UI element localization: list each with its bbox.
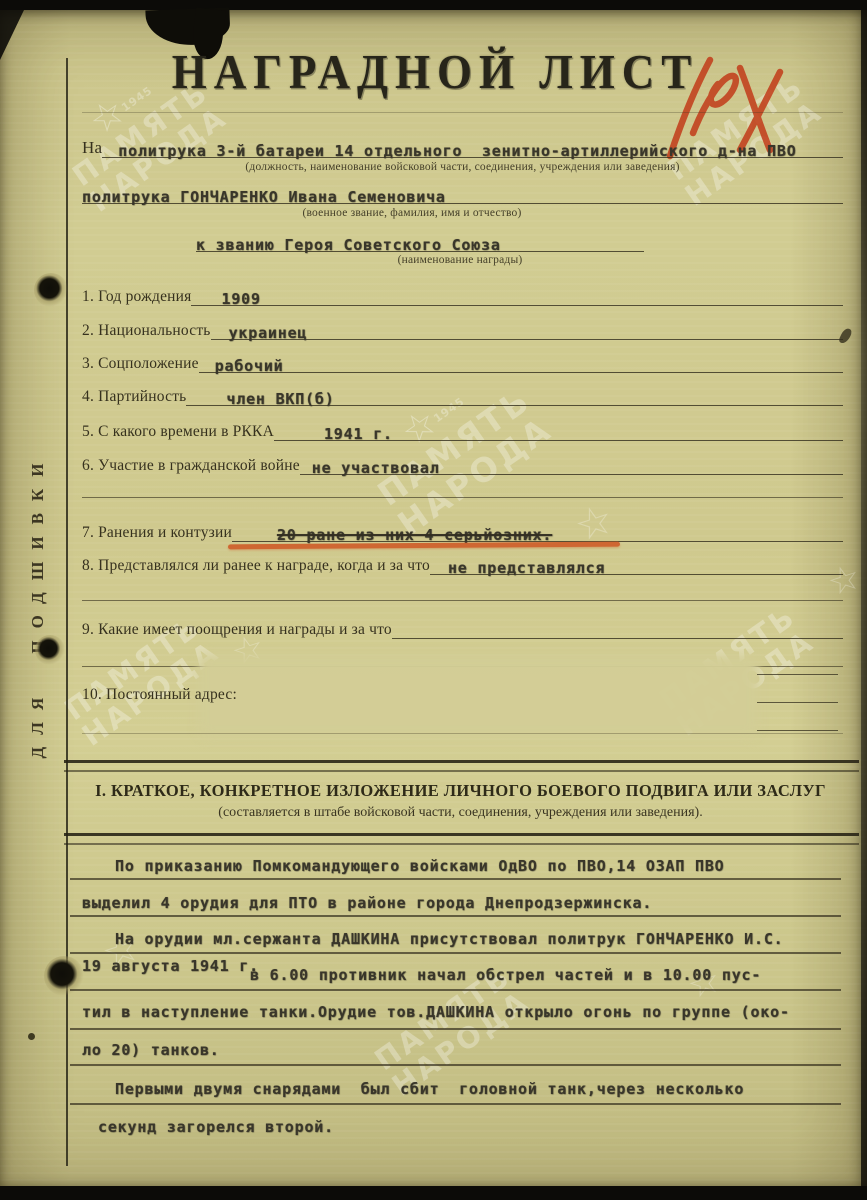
body-line: По приказанию Помкомандующего войсками О… [115,857,725,875]
ruled-line-segment [757,730,838,731]
ruled-line [70,915,841,917]
ink-speck [28,1033,35,1040]
field-label: 3. Соцположение [82,355,199,373]
filing-vertical-text: ДЛЯ ПОДШИВКИ [28,425,48,785]
name-caption: (военное звание, фамилия, имя и отчество… [82,207,742,219]
body-line: На орудии мл.сержанта ДАШКИНА присутство… [115,930,784,948]
field-label: 1. Год рождения [82,288,191,306]
field-label: 7. Ранения и контузии [82,524,232,542]
ruled-line [70,989,841,991]
field-row-social-status: 3. Соцположение рабочий [82,353,843,373]
field-value: украинец [211,324,308,342]
field-row-nationality: 2. Национальность украинец [82,320,843,340]
field-row-prior-awards: 8. Представлялся ли ранее к награде, ког… [82,555,843,575]
field-label: 8. Представлялся ли ранее к награде, ког… [82,557,430,575]
scan-edge-top [0,0,867,10]
body-line: выделил 4 орудия для ПТО в районе города… [82,894,652,912]
field-row-birth-year: 1. Год рождения 1909 [82,286,843,306]
punch-hole [35,635,65,665]
body-line: ло 20) танков. [82,1041,220,1059]
scan-edge-bottom [0,1186,867,1200]
ruled-line [70,1103,841,1105]
scan-edge-right [861,10,867,1186]
ruled-line-segment [757,674,838,675]
section-caption: (составляется в штабе войсковой части, с… [82,805,839,821]
position-caption: (должность, наименование войсковой части… [82,161,843,173]
body-line: тил в наступление танки.Орудие тов.ДАШКИ… [82,1003,790,1021]
ruled-line [82,112,843,113]
ruled-line [70,1028,841,1030]
field-value: не участвовал [300,459,440,477]
ruled-line [70,952,841,954]
award-caption: (наименование награды) [300,254,620,266]
award-row: к званию Героя Советского Союза [196,230,644,252]
field-row-address: 10. Постоянный адрес: [82,684,843,704]
ruled-line [70,1064,841,1066]
position-value: политрука 3-й батареи 14 отдельного зени… [102,142,796,160]
field-row-commendations: 9. Какие имеет поощрения и награды и за … [82,619,843,639]
body-line: Первыми двумя снарядами был сбит головно… [115,1080,744,1098]
award-value: к званию Героя Советского Союза [196,236,501,254]
name-value: политрука ГОНЧАРЕНКО Ивана Семеновича [82,188,446,206]
field-row-party: 4. Партийность член ВКП(б) [82,386,843,406]
field-row-rkka-since: 5. С какого времени в РККА 1941 г. [82,421,843,441]
page-title: НАГРАДНОЙ ЛИСТ [140,44,730,100]
field-value: 1941 г. [274,425,393,443]
field-label: 2. Национальность [82,322,211,340]
body-line: секунд загорелся второй. [98,1118,334,1136]
field-value: 20 ране из них 4 серьйозних. [232,526,552,544]
punch-hole [34,273,68,307]
ruled-line [82,600,843,601]
field-value: не представлялся [430,559,605,577]
ruled-line-segment [757,702,838,703]
section-divider [64,833,859,845]
margin-rule [66,58,68,1166]
ruled-line [70,878,841,880]
body-line: 19 августа 1941 г. [82,957,259,975]
field-label: 5. С какого времени в РККА [82,423,274,441]
field-label: 6. Участие в гражданской войне [82,457,300,475]
position-row: На политрука 3-й батареи 14 отдельного з… [82,134,843,158]
field-value: член ВКП(б) [186,390,334,408]
section-title: I. КРАТКОЕ, КОНКРЕТНОЕ ИЗЛОЖЕНИЕ ЛИЧНОГО… [82,781,839,801]
field-row-civil-war: 6. Участие в гражданской войне не участв… [82,455,843,475]
field-label: 4. Партийность [82,388,186,406]
name-row: политрука ГОНЧАРЕНКО Ивана Семеновича [82,182,843,204]
field-label: 9. Какие имеет поощрения и награды и за … [82,621,392,639]
field-value: рабочий [199,357,284,375]
ruled-line [82,733,843,734]
body-line: в 6.00 противник начал обстрел частей и … [250,966,761,984]
section-divider [64,760,859,772]
field-label: 10. Постоянный адрес: [82,686,237,704]
position-prefix: На [82,138,102,158]
ruled-line [82,497,843,498]
field-value: 1909 [191,290,260,308]
document-scan: ☆1945 ПАМЯТЬ НАРОДА ПАМЯТЬ НАРОДА ☆1945 … [0,0,867,1200]
field-row-wounds: 7. Ранения и контузии 20 ране из них 4 с… [82,522,843,542]
